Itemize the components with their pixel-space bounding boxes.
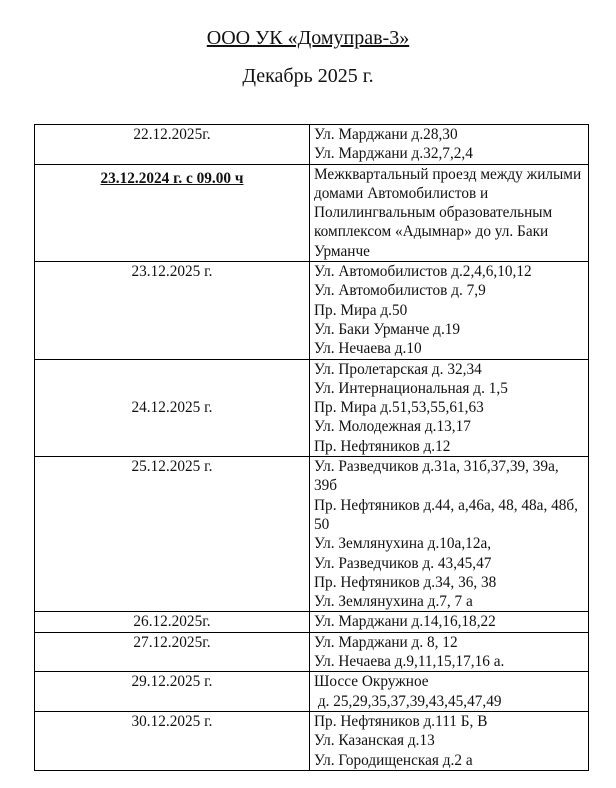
address-line: Ул. Пролетарская д. 32,34 bbox=[314, 360, 584, 379]
period-title: Декабрь 2025 г. bbox=[0, 64, 616, 88]
table-row: 26.12.2025г. Ул. Марджани д.14,16,18,22 bbox=[35, 612, 589, 632]
date-cell: 25.12.2025 г. bbox=[35, 457, 310, 612]
address-line: Ул. Городищенская д.2 а bbox=[314, 751, 584, 770]
address-line: Ул. Разведчиков д.31а, 31б,37,39, 39а, 3… bbox=[314, 457, 584, 496]
address-line: Ул. Автомобилистов д. 7,9 bbox=[314, 281, 584, 300]
address-line: Ул. Разведчиков д. 43,45,47 bbox=[314, 554, 584, 573]
date-cell: 23.12.2025 г. bbox=[35, 262, 310, 359]
address-line: Межквартальный проезд между жилыми домам… bbox=[314, 165, 584, 261]
table-row: 25.12.2025 г. Ул. Разведчиков д.31а, 31б… bbox=[35, 457, 589, 612]
address-line: Пр. Нефтяников д.12 bbox=[314, 437, 584, 456]
address-line: Ул. Баки Урманче д.19 bbox=[314, 320, 584, 339]
address-cell: Ул. Пролетарская д. 32,34 Ул. Интернацио… bbox=[310, 359, 589, 456]
address-line: Ул. Землянухина д.10а,12а, bbox=[314, 534, 584, 553]
address-cell: Ул. Марджани д. 8, 12 Ул. Нечаева д.9,11… bbox=[310, 632, 589, 672]
address-line: Ул. Молодежная д.13,17 bbox=[314, 417, 584, 436]
date-cell: 30.12.2025 г. bbox=[35, 711, 310, 770]
table-row: 23.12.2025 г. Ул. Автомобилистов д.2,4,6… bbox=[35, 262, 589, 359]
date-cell: 23.12.2024 г. с 09.00 ч bbox=[35, 164, 310, 261]
address-line: Ул. Нечаева д.9,11,15,17,16 а. bbox=[314, 652, 584, 671]
address-cell: Ул. Марджани д.14,16,18,22 bbox=[310, 612, 589, 632]
table-row: 29.12.2025 г. Шоссе Окружное д. 25,29,35… bbox=[35, 672, 589, 712]
address-line: Ул. Интернациональная д. 1,5 bbox=[314, 379, 584, 398]
address-cell: Пр. Нефтяников д.111 Б, В Ул. Казанская … bbox=[310, 711, 589, 770]
address-line: Пр. Нефтяников д.44, а,46а, 48, 48а, 48б… bbox=[314, 496, 584, 535]
address-line: Пр. Мира д.51,53,55,61,63 bbox=[314, 398, 584, 417]
address-line: Пр. Нефтяников д.111 Б, В bbox=[314, 712, 584, 731]
address-line: Ул. Автомобилистов д.2,4,6,10,12 bbox=[314, 262, 584, 281]
address-line: Ул. Казанская д.13 bbox=[314, 731, 584, 750]
address-cell: Ул. Автомобилистов д.2,4,6,10,12 Ул. Авт… bbox=[310, 262, 589, 359]
date-cell: 22.12.2025г. bbox=[35, 125, 310, 165]
address-line: Пр. Мира д.50 bbox=[314, 301, 584, 320]
table-row: 24.12.2025 г. Ул. Пролетарская д. 32,34 … bbox=[35, 359, 589, 456]
date-cell: 29.12.2025 г. bbox=[35, 672, 310, 712]
address-cell: Ул. Марджани д.28,30 Ул. Марджани д.32,7… bbox=[310, 125, 589, 165]
date-cell: 26.12.2025г. bbox=[35, 612, 310, 632]
address-cell: Ул. Разведчиков д.31а, 31б,37,39, 39а, 3… bbox=[310, 457, 589, 612]
address-line: Ул. Марджани д.32,7,2,4 bbox=[314, 144, 584, 163]
organization-title: ООО УК «Домуправ-3» bbox=[0, 26, 616, 50]
address-cell: Шоссе Окружное д. 25,29,35,37,39,43,45,4… bbox=[310, 672, 589, 712]
table-row: 23.12.2024 г. с 09.00 ч Межквартальный п… bbox=[35, 164, 589, 261]
address-line: Ул. Марджани д.28,30 bbox=[314, 125, 584, 144]
address-line: Пр. Нефтяников д.34, 36, 38 bbox=[314, 573, 584, 592]
address-line: Ул. Марджани д.14,16,18,22 bbox=[314, 612, 584, 631]
date-cell: 27.12.2025г. bbox=[35, 632, 310, 672]
address-cell: Межквартальный проезд между жилыми домам… bbox=[310, 164, 589, 261]
address-line: Ул. Марджани д. 8, 12 bbox=[314, 633, 584, 652]
table-row: 27.12.2025г. Ул. Марджани д. 8, 12 Ул. Н… bbox=[35, 632, 589, 672]
schedule-table: 22.12.2025г. Ул. Марджани д.28,30 Ул. Ма… bbox=[34, 124, 589, 771]
address-line: Ул. Нечаева д.10 bbox=[314, 339, 584, 358]
address-line: Ул. Землянухина д.7, 7 а bbox=[314, 592, 584, 611]
table-row: 30.12.2025 г. Пр. Нефтяников д.111 Б, В … bbox=[35, 711, 589, 770]
address-line: Шоссе Окружное bbox=[314, 672, 584, 691]
date-cell: 24.12.2025 г. bbox=[35, 359, 310, 456]
address-line: д. 25,29,35,37,39,43,45,47,49 bbox=[314, 692, 584, 711]
table-row: 22.12.2025г. Ул. Марджани д.28,30 Ул. Ма… bbox=[35, 125, 589, 165]
